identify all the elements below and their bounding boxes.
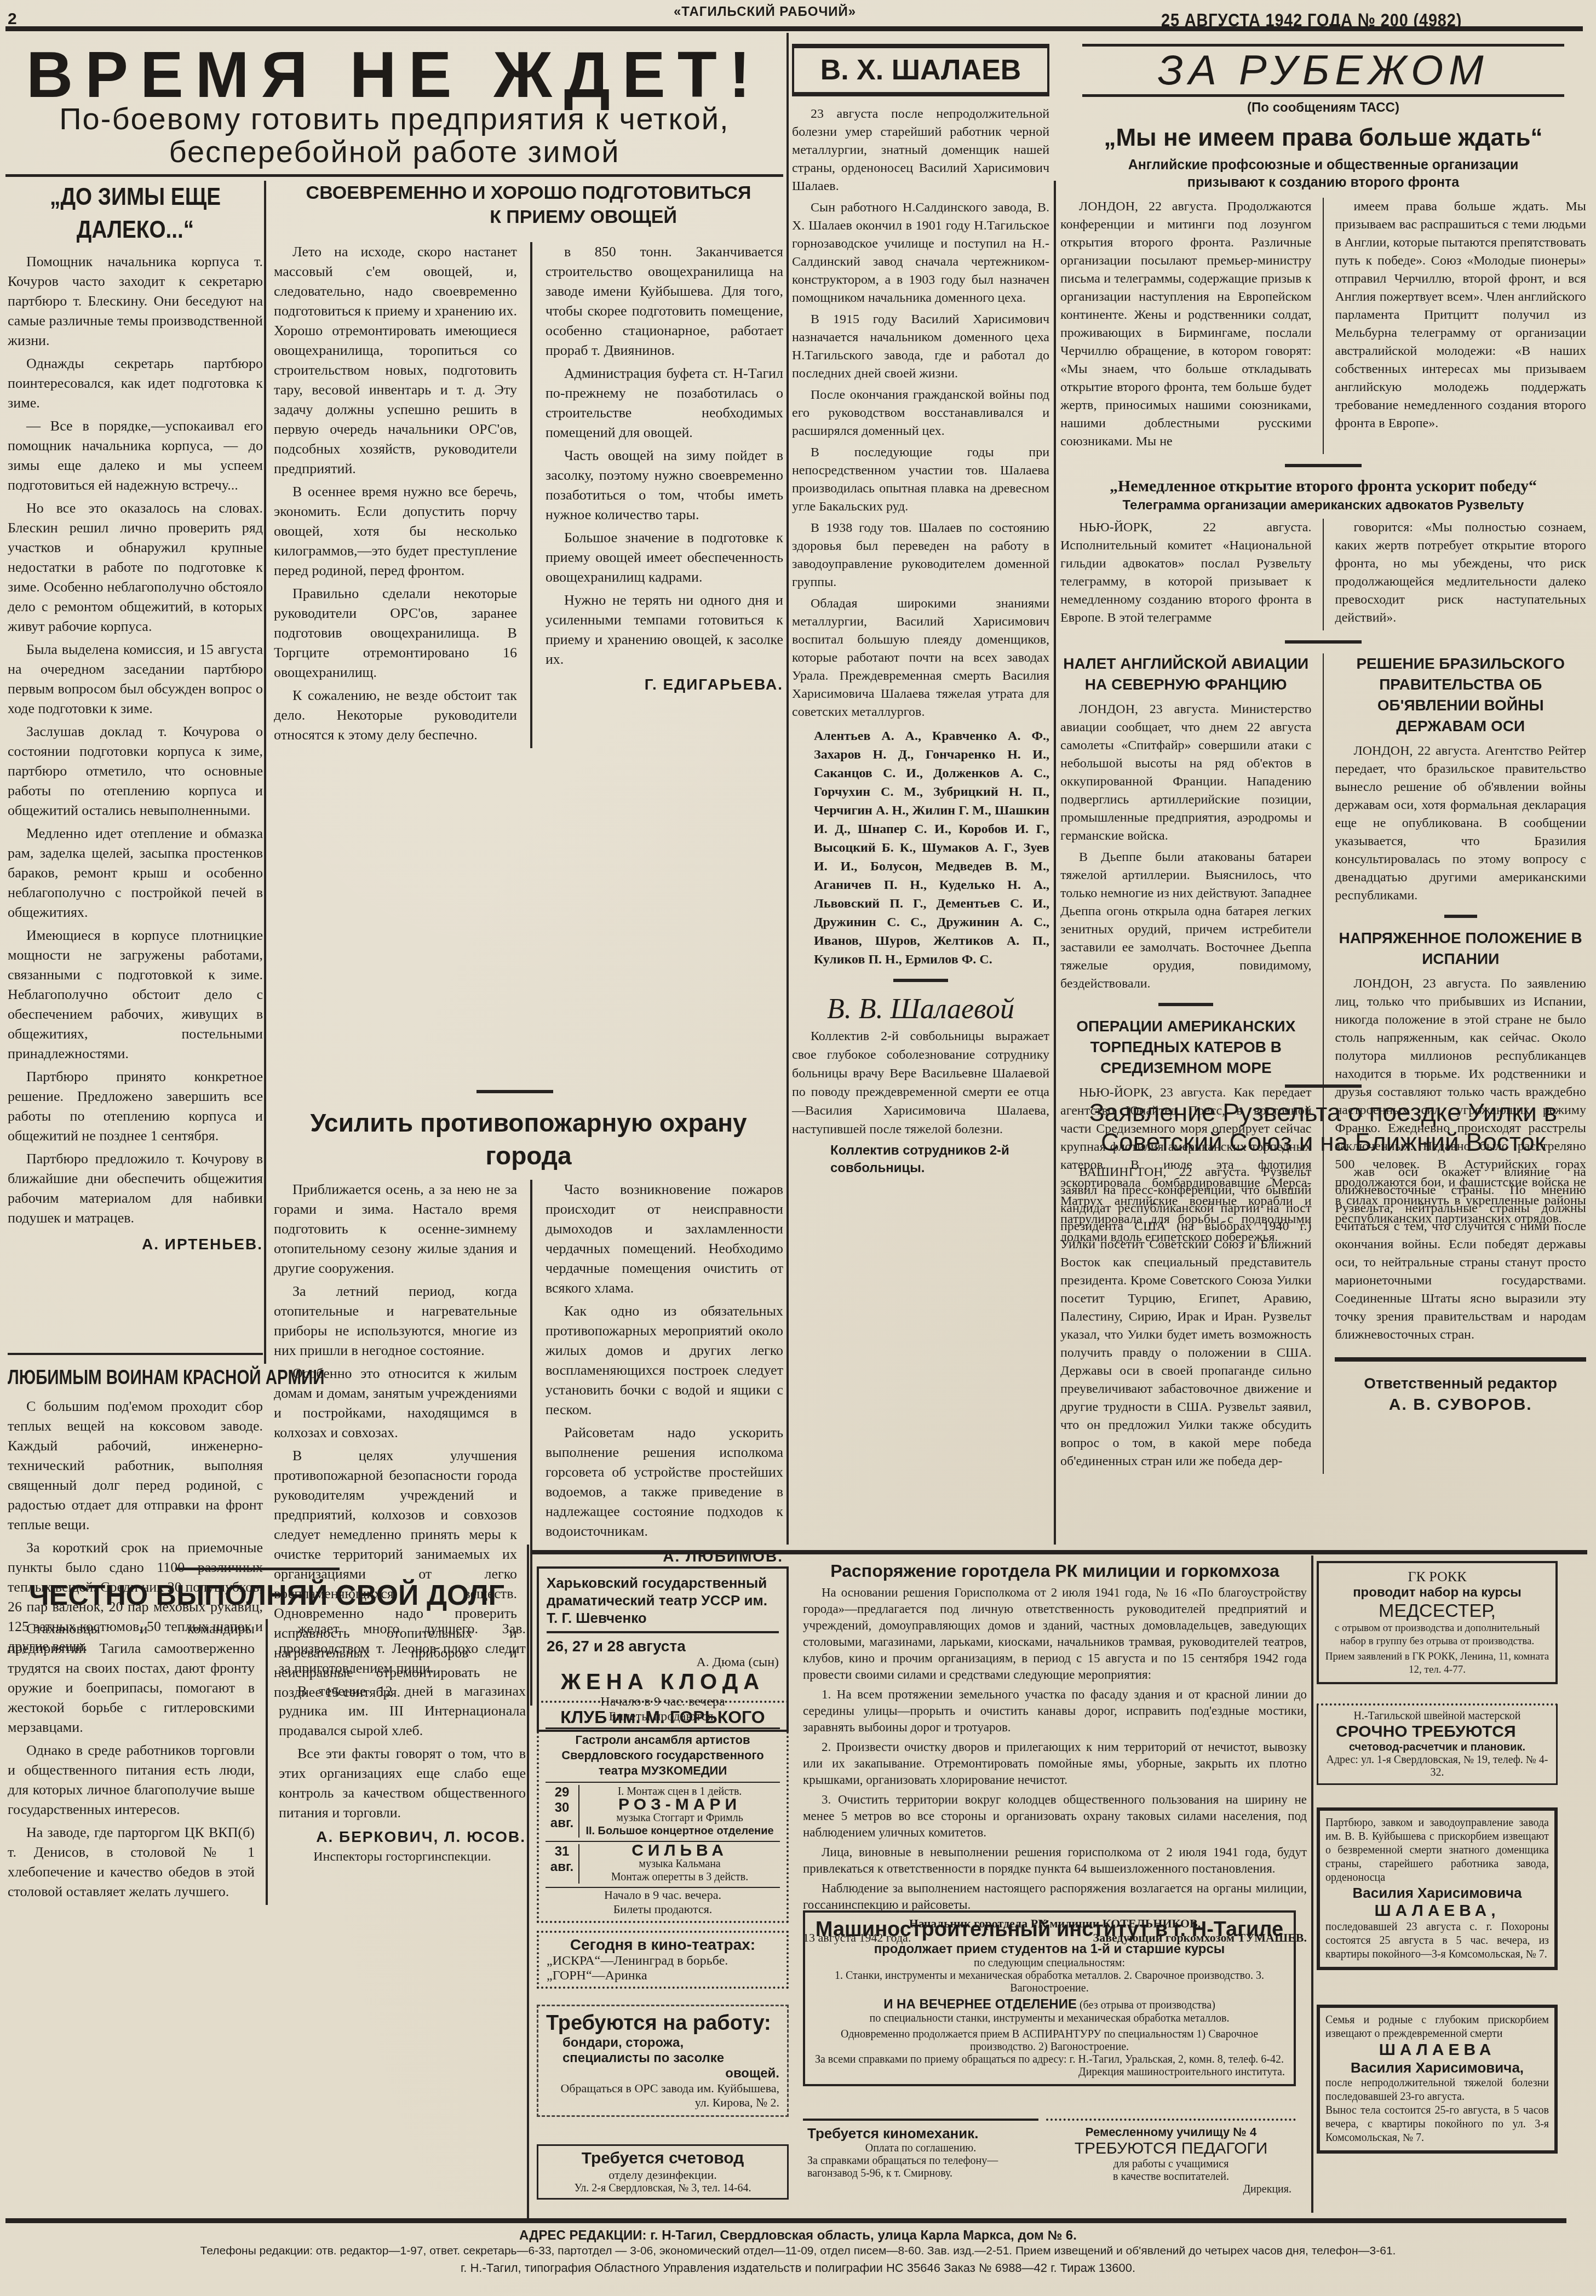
paragraph: Особенно это относится к жилым домам и д…	[274, 1364, 517, 1443]
lead-subtitle-2: бесперебойной работе зимой	[5, 134, 783, 169]
condolence-signature: Коллектив сотрудников 2-й совбольницы.	[830, 1142, 1049, 1177]
teachers-line: для работы с учащимися	[1050, 2158, 1291, 2171]
club-tickets: Билеты продаются.	[546, 1902, 780, 1916]
institute-spec-list: 1. Станки, инструменты и механическая об…	[814, 1970, 1285, 1995]
obit-family-name: Василия Харисимовича,	[1325, 2059, 1549, 2076]
article-duty-col2: желает много лучшего. Зав. производством…	[279, 1619, 526, 1905]
roosevelt-article: Заявление Рузвельта о поездке Уилки в Со…	[1060, 1084, 1586, 1474]
column-divider	[264, 181, 266, 1364]
divider	[175, 1568, 340, 1570]
article-winter-body: Помощник начальника корпуса т. Кочуров ч…	[8, 252, 263, 1228]
paragraph: жав оси окажет влияние на ближневосточны…	[1335, 1163, 1586, 1344]
jobs-line: овощей.	[546, 2066, 779, 2081]
article-winter-title: „ДО ЗИМЫ ЕЩЕ ДАЛЕКО...“	[23, 181, 248, 246]
torpedo-title: ОПЕРАЦИИ АМЕРИКАНСКИХ ТОРПЕДНЫХ КАТЕРОВ …	[1060, 1016, 1312, 1078]
divider	[1285, 464, 1362, 467]
paragraph: Райсоветам надо ускорить выполнение реше…	[546, 1423, 783, 1541]
paragraph: 23 августа после непродолжительной болез…	[792, 105, 1049, 196]
divider	[1285, 640, 1362, 644]
paragraph: Часто возникновение пожаров происходит о…	[546, 1180, 783, 1298]
paragraph: На основании решения Горисполкома от 2 и…	[803, 1585, 1307, 1683]
show-title: СИЛЬВА	[579, 1844, 780, 1857]
paragraph: Часть овощей на зиму пойдет в засолку, п…	[546, 446, 783, 525]
paragraph: В 1915 году Василий Харисимович назначае…	[792, 311, 1049, 383]
article-vegetables-col2: в 850 тонн. Заканчивается строительство …	[546, 242, 783, 748]
paragraph: За летний период, когда отопительные и н…	[274, 1282, 517, 1361]
paragraph: Партбюро предложило т. Кочурову в ближай…	[8, 1149, 263, 1228]
paragraph: Медленно идет отепление и обмазка рам, з…	[8, 824, 263, 922]
theater-dates: 26, 27 и 28 августа	[547, 1638, 779, 1655]
show-line: II. Большое концертное отделение	[579, 1824, 780, 1838]
sewing-line: Н.-Тагильской швейной мастерской	[1323, 1710, 1552, 1723]
ad-cinema: Сегодня в кино-театрах: „ИСКРА“—Ленингра…	[537, 1931, 789, 1989]
page-number: 2	[8, 10, 17, 28]
show-date: 29	[546, 1785, 578, 1800]
nurses-title: МЕДСЕСТЕР,	[1324, 1600, 1550, 1622]
paragraph: Лето на исходе, скоро настанет массовый …	[274, 242, 517, 479]
jobs-contact: Обращаться в ОРС завода им. Куйбышева, у…	[546, 2081, 779, 2110]
divider	[893, 979, 948, 982]
foreign-source: (По сообщениям ТАСС)	[1060, 100, 1586, 116]
footer-rule	[5, 2218, 1566, 2223]
nurses-org: ГК РОКК	[1324, 1569, 1550, 1585]
ad-jobs: Требуются на работу: бондари, сторожа, с…	[537, 2005, 789, 2117]
obit-family-text: Семья и родные с глубоким прискорбием из…	[1325, 2013, 1549, 2041]
paragraph: имеем права больше ждать. Мы призываем в…	[1335, 198, 1586, 433]
article-vegetables: СВОЕВРЕМЕННО И ХОРОШО ПОДГОТОВИТЬСЯ К ПР…	[274, 181, 783, 748]
institute-subtitle: продолжает прием студентов на 1-й и стар…	[814, 1942, 1285, 1957]
paragraph: — Все в порядке,—успокаивал его помощник…	[8, 416, 263, 495]
paragraph: ЛОНДОН, 22 августа. Агентство Рейтер пер…	[1335, 742, 1586, 905]
club-subtitle: Гастроли ансамбля артистов Свердловского…	[546, 1732, 780, 1778]
club-show: 31 авг. СИЛЬВА музыка Кальмана Монтаж оп…	[546, 1841, 780, 1884]
paragraph: К сожалению, не везде обстоит так дело. …	[274, 686, 517, 745]
obituary-signatories: Алентьев А. А., Кравченко А. Ф., Захаров…	[814, 727, 1049, 969]
paragraph: В последующие годы при непосредственном …	[792, 444, 1049, 516]
ad-obituary-factory: Партбюро, завком и заводоуправление заво…	[1317, 1807, 1558, 1970]
paragraph: 1. На всем протяжении земельного участка…	[803, 1686, 1307, 1736]
paragraph: НЬЮ-ЙОРК, 22 августа. Исполнительный ком…	[1060, 519, 1312, 627]
article-duty: ЧЕСТНО ВЫПОЛНЯЙ СВОЙ ДОЛГ Стахановцы и к…	[8, 1577, 526, 1905]
column-divider	[1323, 198, 1324, 454]
show-dates: 29 30 авг.	[546, 1785, 579, 1838]
divider	[1444, 915, 1477, 918]
projectionist-title: Требуется киномеханик.	[807, 2125, 1034, 2142]
obit-family-surname: ШАЛАЕВА	[1325, 2041, 1549, 2059]
column-divider	[530, 242, 532, 748]
roosevelt-col2: жав оси окажет влияние на ближневосточны…	[1335, 1163, 1586, 1344]
divider	[1285, 1084, 1362, 1088]
footer-printer: г. Н.-Тагил, типография Областного Управ…	[0, 2261, 1596, 2275]
article-duty-author-note: Инспекторы госторгинспекции.	[279, 1847, 526, 1867]
column-divider	[1323, 519, 1324, 630]
paragraph: Помощник начальника корпуса т. Кочуров ч…	[8, 252, 263, 351]
foreign-lead-col2: имеем права больше ждать. Мы призываем в…	[1335, 198, 1586, 454]
paragraph: Сын работного Н.Салдинского завода, В. Х…	[792, 199, 1049, 307]
column-divider	[527, 1545, 529, 2218]
paragraph: В 1938 году тов. Шалаев по состоянию здо…	[792, 519, 1049, 592]
show-details: I. Монтаж сцен в 1 действ. РОЗ-МАРИ музы…	[579, 1785, 780, 1838]
nurses-line: с отрывом от производства и дополнительн…	[1324, 1622, 1550, 1648]
show-date: 31	[546, 1844, 578, 1859]
accountant-line: Ул. 2-я Свердловская, № 3, тел. 14-64.	[545, 2182, 780, 2195]
section-rule	[530, 1550, 1587, 1554]
obituary-title: В. Х. ШАЛАЕВ	[792, 44, 1049, 96]
editor-label: Ответственный редактор	[1335, 1375, 1586, 1392]
article-winter-author: А. ИРТЕНЬЕВ.	[8, 1236, 263, 1253]
paragraph: Партбюро принято конкретное решение. Пре…	[8, 1067, 263, 1146]
paragraph: Но все это оказалось на словах. Блескин …	[8, 498, 263, 636]
paragraph: Имеющиеся в корпусе плотницкие мощности …	[8, 926, 263, 1064]
article-vegetables-title-2: К ПРИЕМУ ОВОЩЕЙ	[383, 205, 783, 229]
club-title: КЛУБ им. М. ГОРЬКОГО	[546, 1707, 780, 1729]
brazil-body: ЛОНДОН, 22 августа. Агентство Рейтер пер…	[1335, 742, 1586, 905]
paragraph: Лица, виновные в невыполнении решения го…	[803, 1844, 1307, 1877]
sewing-line: счетовод-расчетчик и плановик.	[1323, 1741, 1552, 1754]
paragraph: Обладая широкими знаниями металлургии, В…	[792, 595, 1049, 721]
cinema-line: „ГОРН“—Аринка	[547, 1968, 779, 1983]
condolence-title: В. В. Шалаевой	[792, 992, 1049, 1027]
ad-obituary-family: Семья и родные с глубоким прискорбием из…	[1317, 2005, 1558, 2154]
paragraph: В течение 12 дней в магазинах рудника им…	[279, 1681, 526, 1741]
obituary-body: 23 августа после непродолжительной болез…	[792, 105, 1049, 721]
lead-rule	[5, 174, 783, 177]
column-divider	[1054, 181, 1056, 1545]
institute-aspirant: Одновременно продолжается прием В АСПИРА…	[814, 2028, 1285, 2053]
jobs-line: бондари, сторожа,	[562, 2035, 779, 2051]
paragraph: желает много лучшего. Зав. производством…	[279, 1619, 526, 1678]
article-duty-author: А. БЕРКОВИЧ, Л. ЮСОВ.	[279, 1827, 526, 1847]
paragraph: В осеннее время нужно все беречь, эконом…	[274, 482, 517, 581]
paragraph: На заводе, где парторгом ЦК ВКП(б) т. Де…	[8, 1823, 255, 1902]
article-vegetables-title-1: СВОЕВРЕМЕННО И ХОРОШО ПОДГОТОВИТЬСЯ	[274, 181, 783, 205]
editor-name: А. В. СУВОРОВ.	[1335, 1396, 1586, 1414]
show-line: Монтаж оперетты в 3 действ.	[579, 1870, 780, 1884]
nurses-line: Прием заявлений в ГК РОКК, Ленина, 11, к…	[1324, 1650, 1550, 1677]
theater-title: Харьковский государственный драматически…	[547, 1574, 779, 1627]
foreign-section-header: ЗА РУБЕЖОМ	[1082, 44, 1564, 97]
brazil-title: РЕШЕНИЕ БРАЗИЛЬСКОГО ПРАВИТЕЛЬСТВА ОБ ОБ…	[1335, 653, 1586, 737]
decree-title: Распоряжение горотдела РК милиции и горк…	[803, 1561, 1307, 1581]
paragraph: Наблюдение за выполнением настоящего рас…	[803, 1880, 1307, 1913]
theater-author: А. Дюма (сын)	[547, 1655, 779, 1670]
ad-teachers: Ремесленному училищу № 4 ТРЕБУЮТСЯ ПЕДАГ…	[1046, 2119, 1296, 2200]
raid-title: НАЛЕТ АНГЛИЙСКОЙ АВИАЦИИ НА СЕВЕРНУЮ ФРА…	[1060, 653, 1312, 695]
roosevelt-col2-wrap: жав оси окажет влияние на ближневосточны…	[1335, 1163, 1586, 1474]
projectionist-line: Оплата по соглашению.	[807, 2142, 1034, 2155]
foreign-lawyers-col1: НЬЮ-ЙОРК, 22 августа. Исполнительный ком…	[1060, 519, 1312, 630]
ad-nurses: ГК РОКК проводит набор на курсы МЕДСЕСТЕ…	[1317, 1561, 1558, 1684]
masthead-rule	[5, 26, 1583, 31]
paragraph: Однажды секретарь партбюро поинтересовал…	[8, 354, 263, 413]
column-divider	[530, 1180, 532, 1706]
divider	[476, 1090, 553, 1093]
paragraph: Коллектив 2-й совбольницы выражает свое …	[792, 1027, 1049, 1139]
roosevelt-title: Заявление Рузвельта о поездке Уилки в Со…	[1082, 1098, 1564, 1157]
foreign-lawyers-col2: говорится: «Мы полностью сознаем, каких …	[1335, 519, 1586, 630]
institute-signature: Дирекция машиностроительного института.	[814, 2066, 1285, 2079]
paragraph: С большим под'емом проходит сбор теплых …	[8, 1397, 263, 1535]
divider	[547, 1631, 779, 1633]
decree-body: На основании решения Горисполкома от 2 и…	[803, 1585, 1307, 1913]
footer-phones: Телефоны редакции: отв. редактор—1-97, о…	[0, 2245, 1596, 2258]
divider	[1335, 1357, 1586, 1362]
show-dates: 31 авг.	[546, 1844, 579, 1884]
obit-family-text: после непродолжительной тяжелой болезни …	[1325, 2076, 1549, 2104]
obit-factory-name: Василия Харисимовича	[1325, 1885, 1549, 1902]
column-divider	[266, 1619, 268, 1905]
paragraph: Все эти факты говорят о том, что в этих …	[279, 1744, 526, 1823]
paragraph: Как одно из обязательных противопожарных…	[546, 1301, 783, 1420]
projectionist-line: За справками обращаться по телефону—ваго…	[807, 2155, 1034, 2180]
foreign-section-title: ЗА РУБЕЖОМ	[1158, 47, 1489, 94]
divider	[1158, 1003, 1213, 1006]
paragraph: Стахановцы и командиры предприятий Тагил…	[8, 1619, 255, 1737]
cinema-title: Сегодня в кино-театрах:	[547, 1936, 779, 1954]
column-divider	[786, 33, 789, 1545]
club-show: 29 30 авг. I. Монтаж сцен в 1 действ. РО…	[546, 1782, 780, 1838]
paragraph: Приближается осень, а за нею не за горам…	[274, 1180, 517, 1278]
show-date: авг.	[546, 1859, 578, 1875]
spain-title: НАПРЯЖЕННОЕ ПОЛОЖЕНИЕ В ИСПАНИИ	[1335, 928, 1586, 969]
paragraph: Однако в среде работников торговли и общ…	[8, 1741, 255, 1819]
teachers-signature: Дирекция.	[1050, 2183, 1291, 2196]
newspaper-name: «ТАГИЛЬСКИЙ РАБОЧИЙ»	[674, 4, 856, 20]
paragraph: В Дьеппе были атакованы батареи тяжелой …	[1060, 848, 1312, 993]
obit-family-text: Вынос тела состоится 25-го августа, в 5 …	[1325, 2104, 1549, 2145]
foreign-section: ЗА РУБЕЖОМ (По сообщениям ТАСС) „Мы не и…	[1060, 44, 1586, 1250]
paragraph: говорится: «Мы полностью сознаем, каких …	[1335, 519, 1586, 627]
show-details: СИЛЬВА музыка Кальмана Монтаж оперетты в…	[579, 1844, 780, 1884]
obit-factory-surname: ШАЛАЕВА,	[1325, 1902, 1549, 1920]
paragraph: ВАШИНГТОН, 22 августа. Рузвельт заявил н…	[1060, 1163, 1312, 1471]
paragraph: ЛОНДОН, 23 августа. Министерство авиации…	[1060, 701, 1312, 845]
article-fire-title: Усилить противопожарную охрану города	[274, 1106, 783, 1172]
paragraph: в 850 тонн. Заканчивается строительство …	[546, 242, 783, 360]
article-vegetables-col1: Лето на исходе, скоро настанет массовый …	[274, 242, 517, 748]
ad-institute: Машиностроительный институт в г. Н-Тагил…	[803, 1910, 1296, 2086]
institute-title: Машиностроительный институт в г. Н-Тагил…	[814, 1918, 1285, 1942]
article-vegetables-author: Г. ЕДИГАРЬЕВА.	[546, 675, 783, 694]
paragraph: Была выделена комиссия, и 15 августа на …	[8, 640, 263, 719]
paragraph: 2. Произвести очистку дворов и прилегающ…	[803, 1739, 1307, 1788]
article-winter: „ДО ЗИМЫ ЕЩЕ ДАЛЕКО...“ Помощник начальн…	[8, 181, 263, 1253]
decree: Распоряжение горотдела РК милиции и горк…	[803, 1561, 1307, 1945]
condolence-body: Коллектив 2-й совбольницы выражает свое …	[792, 1027, 1049, 1139]
article-duty-col1: Стахановцы и командиры предприятий Тагил…	[8, 1619, 255, 1905]
lead-title: ВРЕМЯ НЕ ЖДЕТ!	[5, 43, 783, 107]
paragraph: Большое значение в подготовке к приему о…	[546, 528, 783, 587]
club-start: Начало в 9 час. вечера.	[546, 1887, 780, 1902]
roosevelt-col1: ВАШИНГТОН, 22 августа. Рузвельт заявил н…	[1060, 1163, 1312, 1474]
accountant-line: отделу дезинфекции.	[545, 2168, 780, 2182]
teachers-line: в качестве воспитателей.	[1050, 2171, 1291, 2183]
jobs-title: Требуются на работу:	[546, 2012, 779, 2035]
ad-club: КЛУБ им. М. ГОРЬКОГО Гастроли ансамбля а…	[537, 1701, 789, 1923]
teachers-line: Ремесленному училищу № 4	[1050, 2125, 1291, 2139]
nurses-line: проводит набор на курсы	[1324, 1585, 1550, 1600]
accountant-title: Требуется счетовод	[545, 2149, 780, 2168]
raid-body: ЛОНДОН, 23 августа. Министерство авиации…	[1060, 701, 1312, 993]
column-divider	[1311, 1555, 1313, 2213]
jobs-line: специалисты по засолке	[562, 2051, 779, 2066]
foreign-lead-title: „Мы не имеем права больше ждать“	[1060, 124, 1586, 152]
teachers-title: ТРЕБУЮТСЯ ПЕДАГОГИ	[1050, 2139, 1291, 2158]
article-duty-title: ЧЕСТНО ВЫПОЛНЯЙ СВОЙ ДОЛГ	[8, 1577, 526, 1614]
show-title: РОЗ-МАРИ	[579, 1798, 780, 1811]
institute-evening-label: И НА ВЕЧЕРНЕЕ ОТДЕЛЕНИЕ	[883, 1997, 1077, 2012]
paragraph: Администрация буфета ст. Н-Тагил по-преж…	[546, 364, 783, 443]
divider	[8, 1353, 263, 1355]
sewing-line: Адрес: ул. 1-я Свердловская, № 19, телеф…	[1323, 1754, 1552, 1779]
footer-address: АДРЕС РЕДАКЦИИ: г. Н-Тагил, Свердловская…	[0, 2228, 1596, 2243]
obit-factory-text: Партбюро, завком и заводоуправление заво…	[1325, 1816, 1549, 1885]
cinema-line: „ИСКРА“—Ленинград в борьбе.	[547, 1954, 779, 1968]
sewing-title: СРОЧНО ТРЕБУЮТСЯ	[1336, 1723, 1552, 1741]
show-line: музыка Стоггарт и Фримль	[579, 1811, 780, 1824]
ad-sewing: Н.-Тагильской швейной мастерской СРОЧНО …	[1317, 1703, 1558, 1785]
show-date: авг.	[546, 1816, 578, 1831]
institute-spec-label: по следующим специальностям:	[814, 1957, 1285, 1970]
article-red-army-title: ЛЮБИМЫМ ВОИНАМ КРАСНОЙ АРМИИ	[8, 1364, 217, 1391]
theater-play: ЖЕНА КЛОДА	[547, 1670, 779, 1695]
institute-evening: И НА ВЕЧЕРНЕЕ ОТДЕЛЕНИЕ (без отрыва от п…	[814, 1997, 1285, 2012]
paragraph: Нужно не терять ни одного дня и усиленны…	[546, 590, 783, 669]
show-date: 30	[546, 1800, 578, 1816]
ad-projectionist: Требуется киномеханик. Оплата по соглаше…	[803, 2119, 1038, 2184]
obit-factory-text: последовавшей 23 августа с. г. Похороны …	[1325, 1920, 1549, 1961]
paragraph: После окончания гражданской войны под ег…	[792, 386, 1049, 440]
show-line: музыка Кальмана	[579, 1857, 780, 1870]
newspaper-page: 2 «ТАГИЛЬСКИЙ РАБОЧИЙ» 25 АВГУСТА 1942 Г…	[0, 0, 1596, 2296]
foreign-lawyers-title: „Немедленное открытие второго фронта уск…	[1060, 477, 1586, 496]
ad-accountant: Требуется счетовод отделу дезинфекции. У…	[537, 2144, 789, 2200]
foreign-lead-col1: ЛОНДОН, 22 августа. Продолжаются конфере…	[1060, 198, 1312, 454]
institute-contact: За всеми справками по приему обращаться …	[814, 2053, 1285, 2066]
obituary-shalaev: В. Х. ШАЛАЕВ 23 августа после непродолжи…	[792, 44, 1049, 1177]
column-divider	[1323, 1163, 1324, 1474]
institute-evening-spec: по специальности станки, инструменты и м…	[814, 2012, 1285, 2025]
paragraph: Заслушав доклад т. Кочурова о состоянии …	[8, 722, 263, 820]
paragraph: ЛОНДОН, 22 августа. Продолжаются конфере…	[1060, 198, 1312, 451]
institute-evening-note: (без отрыва от производства)	[1080, 1999, 1215, 2011]
foreign-lead-subtitle: Английские профсоюзные и общественные ор…	[1110, 156, 1537, 191]
lead-subtitle-1: По-боевому готовить предприятия к четкой…	[5, 101, 783, 136]
foreign-lawyers-subtitle: Телеграмма организации американских адво…	[1060, 498, 1586, 513]
paragraph: Правильно сделали некоторые руководители…	[274, 584, 517, 682]
paragraph: 3. Очистить территории вокруг колодцев о…	[803, 1792, 1307, 1841]
